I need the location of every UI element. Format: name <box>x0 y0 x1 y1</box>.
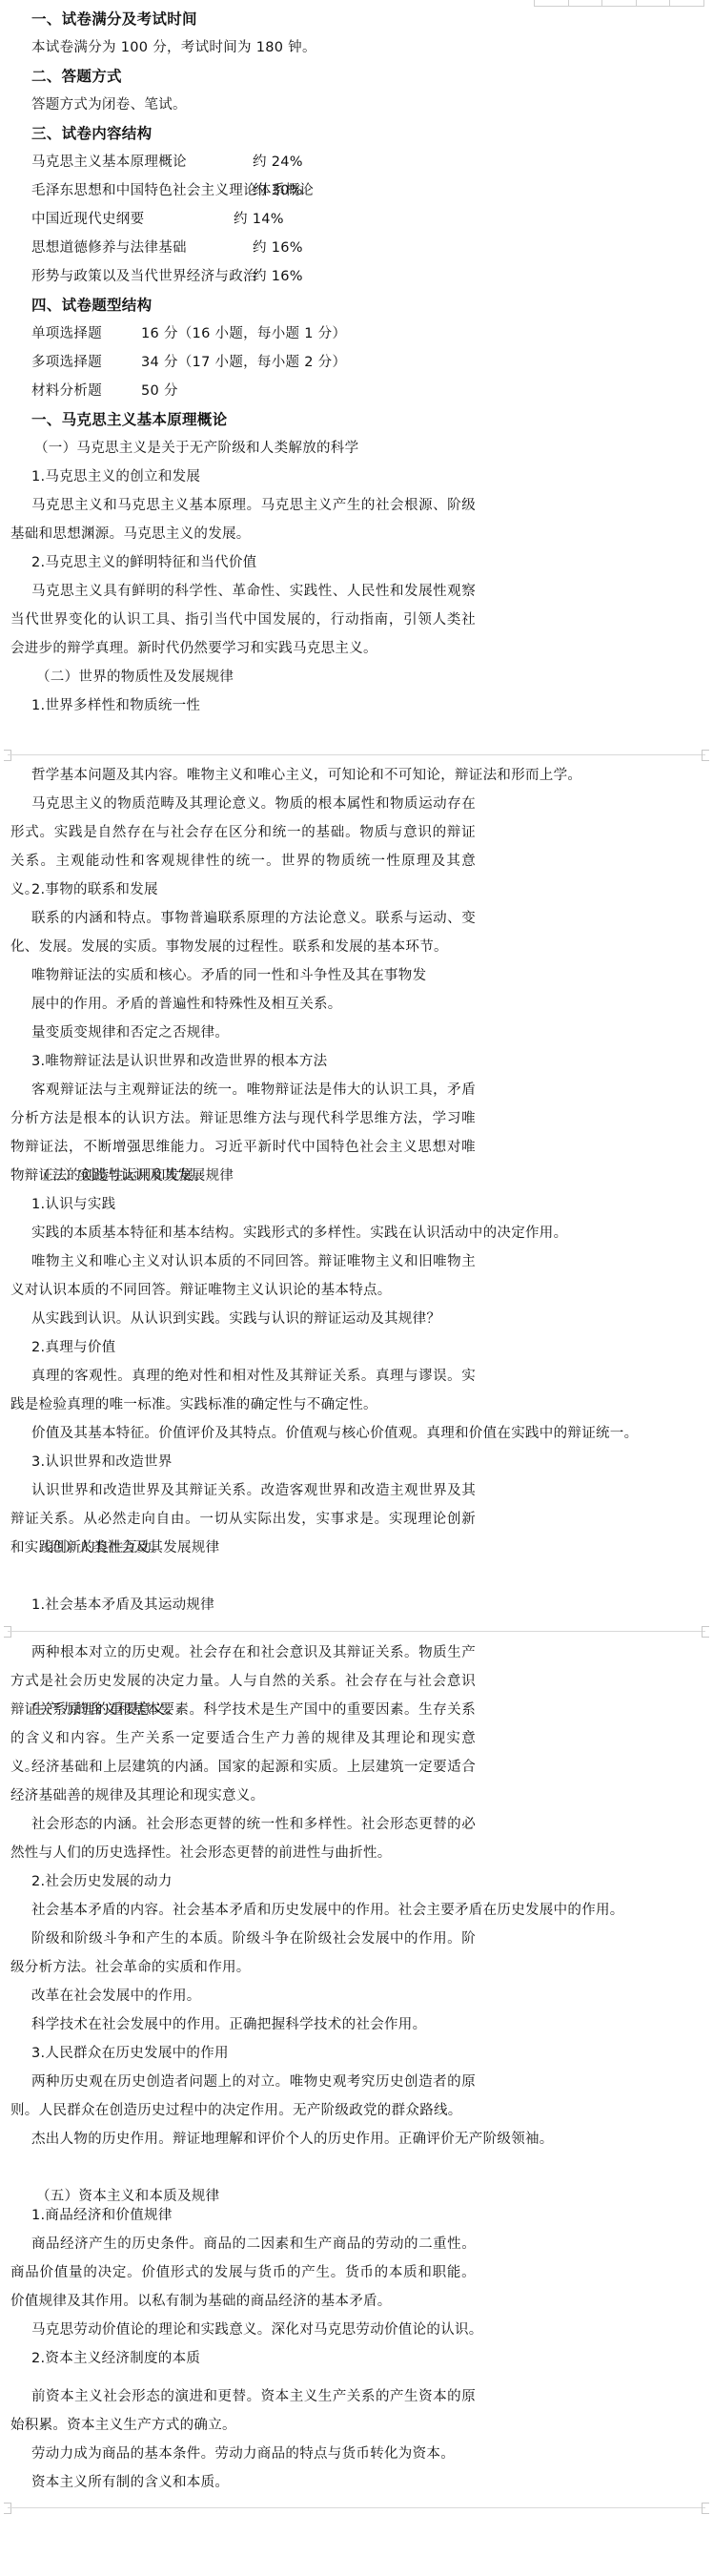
topic-heading: 1.社会基本矛盾及其运动规律 <box>31 1591 499 1619</box>
paragraph: 社会基本矛盾的内容。社会基本矛盾和历史发展中的作用。社会主要矛盾在历史发展中的作… <box>31 1896 499 1925</box>
page-break-rule <box>8 754 705 755</box>
paragraph: 从实践到认识。从认识到实践。实践与认识的辩证运动及其规律？ <box>31 1305 499 1333</box>
paragraph: 答题方式为闭卷、笔试。 <box>31 91 499 119</box>
content-structure-share: 约 16% <box>253 234 713 262</box>
paragraph: 前资本主义社会形态的演进和更替。资本主义生产关系的产生资本的原始积累。资本主义生… <box>10 2382 476 2440</box>
paragraph: 劳动力成为商品的基本条件。劳动力商品的特点与货币转化为资本。 <box>31 2440 499 2468</box>
paragraph: 哲学基本问题及其内容。唯物主义和唯心主义，可知论和不可知论，辩证法和形而上学。 <box>31 761 499 790</box>
subsection-heading: （三）实践与认识及其发展规律 <box>36 1162 503 1190</box>
paragraph: 展中的作用。矛盾的普遍性和特殊性及相互关系。 <box>31 990 499 1019</box>
margin-marker-left <box>4 2503 11 2514</box>
paragraph: 联系的内涵和特点。事物普遍联系原理的方法论意义。联系与运动、变化、发展。发展的实… <box>10 904 476 961</box>
paragraph: 量变质变规律和否定之否规律。 <box>31 1019 499 1047</box>
topic-heading: 1.商品经济和价值规律 <box>31 2201 499 2230</box>
table-cell <box>637 0 671 6</box>
paragraph: 两种历史观在历史创造者问题上的对立。唯物史观考究历史创造者的原则。人民群众在创造… <box>10 2068 476 2125</box>
content-structure-share: 约 24% <box>253 148 713 176</box>
topic-heading: 2.社会历史发展的动力 <box>31 1867 499 1896</box>
margin-marker-right <box>702 2503 709 2514</box>
page-break <box>4 752 709 758</box>
margin-marker-left <box>4 750 11 761</box>
page-break <box>4 1629 709 1635</box>
topic-heading: 3.人民群众在历史发展中的作用 <box>31 2039 499 2068</box>
topic-heading: 1.世界多样性和物质统一性 <box>31 691 499 720</box>
topic-heading: 2.马克思主义的鲜明特征和当代价值 <box>31 548 499 577</box>
paragraph: 马克思主义和马克思主义基本原理。马克思主义产生的社会根源、阶级基础和思想渊源。马… <box>10 491 476 548</box>
paragraph: 真理的客观性。真理的绝对性和相对性及其辩证关系。真理与谬误。实践是检验真理的唯一… <box>10 1362 476 1419</box>
topic-heading: 3.认识世界和改造世界 <box>31 1448 499 1476</box>
margin-marker-right <box>702 1626 709 1638</box>
question-score: 50 分 <box>141 377 608 405</box>
section-heading: 四、试卷题型结构 <box>31 291 499 319</box>
paragraph: 马克思劳动价值论的理论和实践意义。深化对马克思劳动价值论的认识。 <box>31 2316 499 2344</box>
question-score: 34 分（17 小题，每小题 2 分） <box>141 348 608 377</box>
paragraph: 实践的本质基本特征和基本结构。实践形式的多样性。实践在认识活动中的决定作用。 <box>31 1219 499 1247</box>
section-heading: 三、试卷内容结构 <box>31 119 499 148</box>
margin-marker-right <box>702 750 709 761</box>
page-break-rule <box>8 2507 705 2508</box>
paragraph: 马克思主义具有鲜明的科学性、革命性、实践性、人民性和发展性观察当代世界变化的认识… <box>10 577 476 663</box>
content-structure-share: 约 30% <box>253 176 713 205</box>
paragraph: 本试卷满分为 100 分，考试时间为 180 钟。 <box>31 33 499 62</box>
paragraph: 唯物主义和唯心主义对认识本质的不同回答。辩证唯物主义和旧唯物主义对认识本质的不同… <box>10 1247 476 1305</box>
topic-heading: 2.真理与价值 <box>31 1333 499 1362</box>
table-cell <box>602 0 637 6</box>
table-cell <box>535 0 569 6</box>
topic-heading: 1.认识与实践 <box>31 1190 499 1219</box>
section-heading: 一、试卷满分及考试时间 <box>31 5 499 33</box>
paragraph: 价值及其基本特征。价值评价及其特点。价值观与核心价值观。真理和价值在实践中的辩证… <box>31 1419 499 1448</box>
topic-heading: 3.唯物辩证法是认识世界和改造世界的根本方法 <box>31 1047 499 1076</box>
content-structure-share: 约 16% <box>253 262 713 291</box>
table-cell <box>569 0 603 6</box>
subsection-heading: （一）马克思主义是关于无产阶级和人类解放的科学 <box>34 434 501 463</box>
table-fragment <box>534 0 704 7</box>
topic-heading: 2.资本主义经济制度的本质 <box>31 2344 499 2373</box>
paragraph: 唯物辩证法的实质和核心。矛盾的同一性和斗争性及其在事物发 <box>31 961 499 990</box>
paragraph: 经济基础和上层建筑的内涵。国家的起源和实质。上层建筑一定要适合经济基础善的规律及… <box>10 1753 476 1810</box>
section-heading: 二、答题方式 <box>31 62 499 91</box>
part-heading: 一、马克思主义基本原理概论 <box>31 405 499 434</box>
paragraph: 杰出人物的历史作用。辩证地理解和评价个人的历史作用。正确评价无产阶级领袖。 <box>31 2125 499 2154</box>
page-break-rule <box>8 1631 705 1632</box>
paragraph: 科学技术在社会发展中的作用。正确把握科学技术的社会作用。 <box>31 2010 499 2039</box>
subsection-heading: （二）世界的物质性及发展规律 <box>36 663 503 691</box>
topic-heading: 2.事物的联系和发展 <box>31 876 499 904</box>
margin-marker-left <box>4 1626 11 1638</box>
paragraph: 阶级和阶级斗争和产生的本质。阶级斗争在阶级社会发展中的作用。阶级分析方法。社会革… <box>10 1925 476 1982</box>
question-score: 16 分（16 小题，每小题 1 分） <box>141 319 608 348</box>
paragraph: 商品经济产生的历史条件。商品的二因素和生产商品的劳动的二重性。商品价值量的决定。… <box>10 2230 476 2316</box>
paragraph: 社会形态的内涵。社会形态更替的统一性和多样性。社会形态更替的必然性与人们的历史选… <box>10 1810 476 1867</box>
paragraph: 资本主义所有制的含义和本质。 <box>31 2468 499 2497</box>
table-cell <box>670 0 703 6</box>
paragraph: 改革在社会发展中的作用。 <box>31 1982 499 2010</box>
topic-heading: 1.马克思主义的创立和发展 <box>31 463 499 491</box>
content-structure-share: 约 14% <box>234 205 701 234</box>
page-break <box>4 2505 709 2511</box>
subsection-heading: （四）人类社会及其发展规律 <box>36 1534 503 1562</box>
